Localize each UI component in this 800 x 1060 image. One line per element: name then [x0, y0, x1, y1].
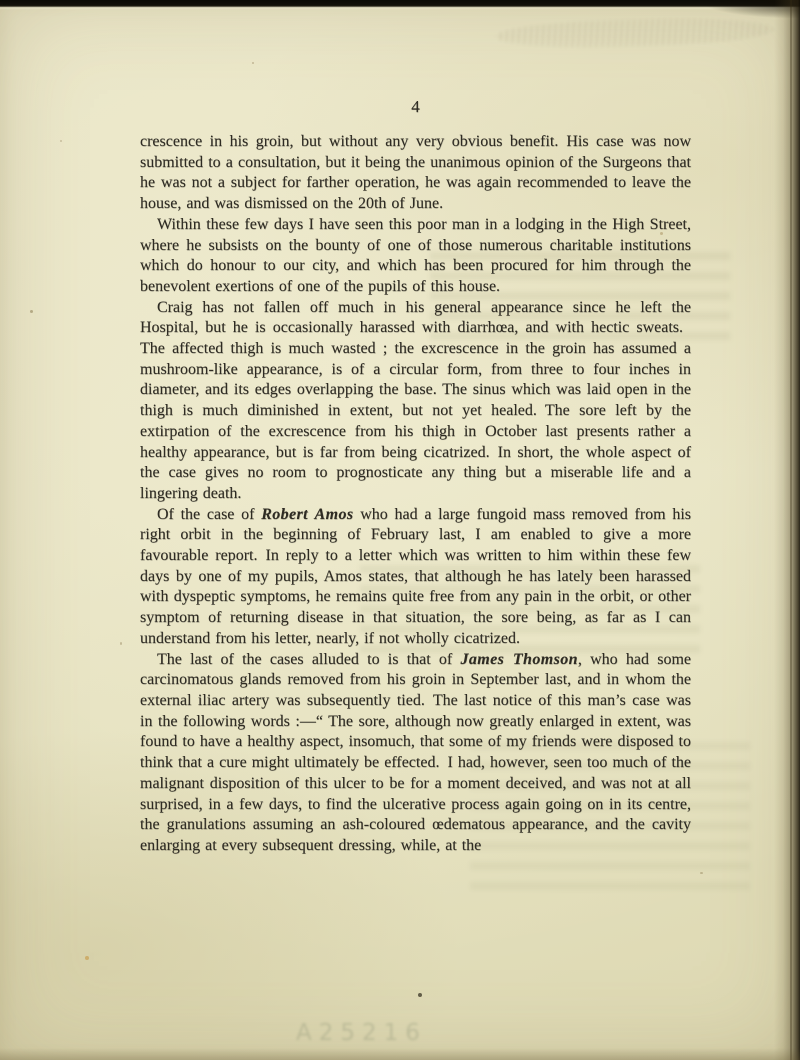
scan-bottom-shade: [0, 1048, 800, 1060]
page-edge-line: [790, 0, 792, 1060]
paragraph-text: The last of the cases alluded to is that…: [157, 651, 460, 668]
faint-stamp: A25216: [296, 1020, 506, 1046]
paragraph: The last of the cases alluded to is that…: [140, 650, 691, 857]
paper-speck: [700, 872, 703, 874]
paragraph: Of the case of Robert Amos who had a lar…: [140, 505, 691, 650]
paper-speck: [418, 993, 422, 997]
paper-speck: [252, 62, 254, 64]
paragraph-text: , who had some carcinomatous glands remo…: [140, 651, 691, 854]
paragraph-text: who had a large fungoid mass removed fro…: [140, 506, 691, 647]
paper-speck: [60, 140, 62, 142]
text-block: crescence in his groin, but without any …: [140, 132, 691, 857]
scanned-book-page: 4 crescence in his groin, but without an…: [0, 0, 800, 1060]
paragraph: crescence in his groin, but without any …: [140, 132, 691, 215]
paper-speck: [85, 956, 89, 960]
person-name-emphasis: James Thomson: [460, 651, 577, 668]
paper-speck: [120, 642, 122, 645]
paragraph: Craig has not fallen off much in his gen…: [140, 298, 691, 505]
book-right-edge-shadow: [774, 0, 800, 1060]
paragraph-text: Craig has not fallen off much in his gen…: [140, 299, 691, 502]
paragraph-text: Within these few days I have seen this p…: [140, 216, 691, 295]
paragraph-text: crescence in his groin, but without any …: [140, 133, 691, 212]
paper-speck: [30, 310, 33, 313]
person-name-emphasis: Robert Amos: [261, 506, 353, 523]
page-number: 4: [140, 97, 691, 117]
paragraph-text: Of the case of: [157, 506, 261, 523]
paragraph: Within these few days I have seen this p…: [140, 215, 691, 298]
